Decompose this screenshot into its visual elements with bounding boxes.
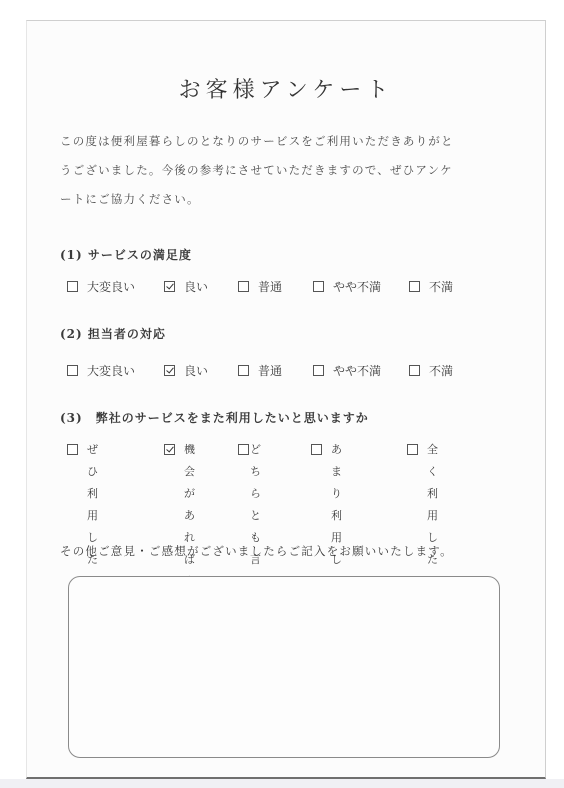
checkbox-icon[interactable] <box>67 444 78 455</box>
option-label: 不満 <box>429 278 453 295</box>
option-label: 普通 <box>258 362 282 379</box>
comments-box[interactable] <box>68 576 500 758</box>
survey-page: お客様アンケート この度は便利屋暮らしのとなりのサービスをご利用いただきありがと… <box>26 20 546 779</box>
q2-option-dissatisfied[interactable]: 不満 <box>409 362 453 379</box>
option-label: やや不満 <box>333 278 381 295</box>
option-label: 良い <box>184 278 208 295</box>
checkbox-icon[interactable] <box>67 365 78 376</box>
intro-line: この度は便利屋暮らしのとなりのサービスをご利用いただきありがと <box>60 127 520 156</box>
checkbox-icon[interactable] <box>311 444 322 455</box>
checkbox-checked-icon[interactable] <box>164 281 175 292</box>
option-label: 良い <box>184 362 208 379</box>
option-label: やや不満 <box>333 362 381 379</box>
intro-text: この度は便利屋暮らしのとなりのサービスをご利用いただきありがと うございました。… <box>60 127 520 214</box>
q1-option-good[interactable]: 良い <box>164 278 208 295</box>
checkbox-checked-icon[interactable] <box>164 365 175 376</box>
question-3-title: (3) 弊社のサービスをまた利用したいと思いますか <box>60 409 369 426</box>
intro-line: ートにご協力ください。 <box>60 185 520 214</box>
option-label: 大変良い <box>87 362 135 379</box>
checkbox-icon[interactable] <box>313 365 324 376</box>
option-label-line: 機会があ <box>184 439 196 527</box>
comments-label: その他ご意見・ご感想がございましたらご記入をお願いいたします。 <box>60 543 453 559</box>
intro-line: うございました。今後の参考にさせていただきますので、ぜひアンケ <box>60 156 520 185</box>
option-label: 普通 <box>258 278 282 295</box>
q2-option-somewhat-dissatisfied[interactable]: やや不満 <box>313 362 381 379</box>
question-2-title: (2) 担当者の対応 <box>60 325 166 342</box>
option-label-line: どちらとも <box>250 439 262 549</box>
q1-option-somewhat-dissatisfied[interactable]: やや不満 <box>313 278 381 295</box>
checkbox-icon[interactable] <box>238 281 249 292</box>
option-label: 大変良い <box>87 278 135 295</box>
checkbox-checked-icon[interactable] <box>164 444 175 455</box>
q1-option-dissatisfied[interactable]: 不満 <box>409 278 453 295</box>
question-1-title: (1) サービスの満足度 <box>60 246 192 263</box>
checkbox-icon[interactable] <box>238 444 249 455</box>
checkbox-icon[interactable] <box>409 281 420 292</box>
checkbox-icon[interactable] <box>67 281 78 292</box>
background-band <box>0 779 564 788</box>
q2-option-very-good[interactable]: 大変良い <box>67 362 135 379</box>
checkbox-icon[interactable] <box>407 444 418 455</box>
option-label-line: ぜひ利用し <box>87 439 99 549</box>
q2-option-good[interactable]: 良い <box>164 362 208 379</box>
option-label-line: あまり利用 <box>331 439 343 549</box>
checkbox-icon[interactable] <box>313 281 324 292</box>
q1-option-average[interactable]: 普通 <box>238 278 282 295</box>
checkbox-icon[interactable] <box>409 365 420 376</box>
option-label: 不満 <box>429 362 453 379</box>
page-title: お客様アンケート <box>27 73 545 104</box>
q1-option-very-good[interactable]: 大変良い <box>67 278 135 295</box>
checkbox-icon[interactable] <box>238 365 249 376</box>
q3-option-definitely[interactable]: ぜひ利用し たい <box>67 439 99 593</box>
q2-option-average[interactable]: 普通 <box>238 362 282 379</box>
